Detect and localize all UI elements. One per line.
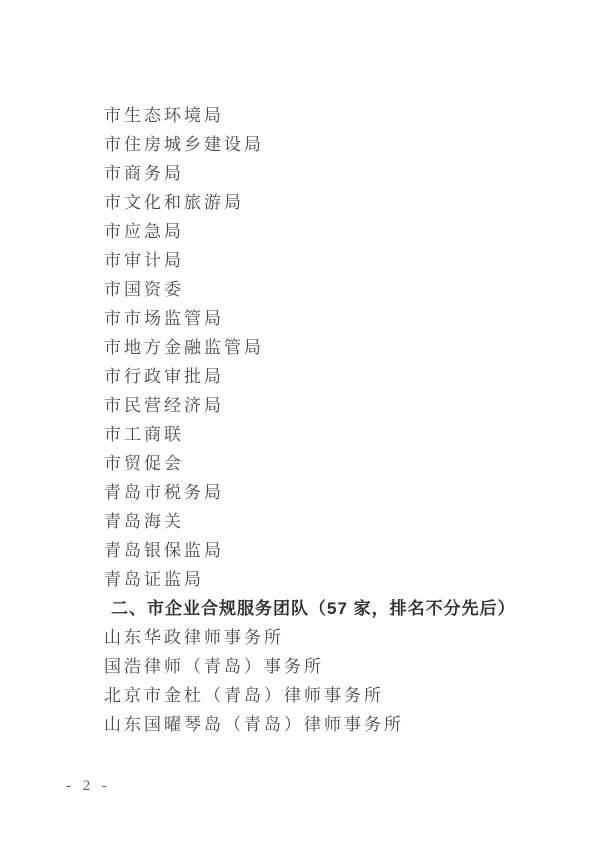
agency-list-item: 市国资委 bbox=[104, 275, 516, 304]
agency-list-item: 青岛银保监局 bbox=[104, 536, 516, 565]
agency-list-item: 市市场监管局 bbox=[104, 304, 516, 333]
law-firm-list-item: 山东华政律师事务所 bbox=[104, 623, 516, 652]
agency-list-item: 市贸促会 bbox=[104, 449, 516, 478]
agency-list-item: 市商务局 bbox=[104, 159, 516, 188]
agency-list-item: 青岛海关 bbox=[104, 507, 516, 536]
agency-list-item: 青岛市税务局 bbox=[104, 478, 516, 507]
agency-list-item: 市审计局 bbox=[104, 246, 516, 275]
agency-list-item: 市民营经济局 bbox=[104, 391, 516, 420]
section-heading: 二、市企业合规服务团队（57 家，排名不分先后） bbox=[104, 594, 516, 623]
law-firm-list-item: 国浩律师（青岛）事务所 bbox=[104, 652, 516, 681]
agency-list-item: 青岛证监局 bbox=[104, 565, 516, 594]
page-number: - 2 - bbox=[66, 776, 111, 796]
agency-list-item: 市住房城乡建设局 bbox=[104, 130, 516, 159]
law-firm-list-item: 北京市金杜（青岛）律师事务所 bbox=[104, 681, 516, 710]
law-firm-list-item: 山东国曜琴岛（青岛）律师事务所 bbox=[104, 710, 516, 739]
agency-list-item: 市地方金融监管局 bbox=[104, 333, 516, 362]
document-page: 市生态环境局 市住房城乡建设局 市商务局 市文化和旅游局 市应急局 市审计局 市… bbox=[0, 0, 600, 855]
agency-list-item: 市应急局 bbox=[104, 217, 516, 246]
agency-list-item: 市行政审批局 bbox=[104, 362, 516, 391]
document-body: 市生态环境局 市住房城乡建设局 市商务局 市文化和旅游局 市应急局 市审计局 市… bbox=[104, 101, 516, 739]
agency-list-item: 市工商联 bbox=[104, 420, 516, 449]
agency-list-item: 市文化和旅游局 bbox=[104, 188, 516, 217]
agency-list-item: 市生态环境局 bbox=[104, 101, 516, 130]
